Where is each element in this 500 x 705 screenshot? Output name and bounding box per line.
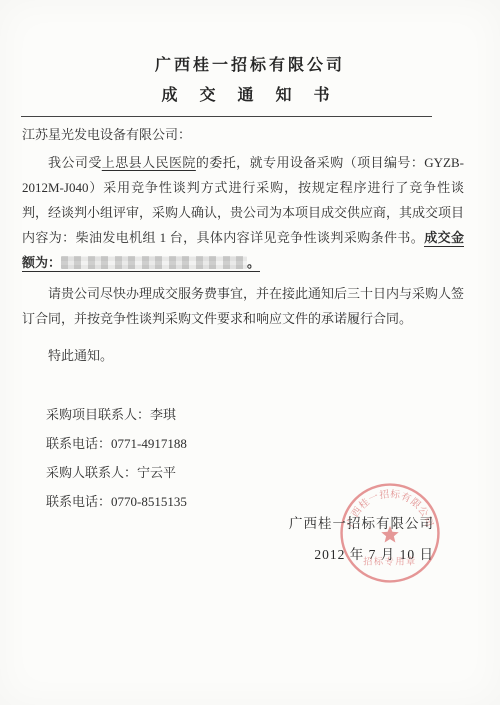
signature-block: 广西桂一招标有限公司 2012 年 7 月 10 日 bbox=[289, 512, 434, 563]
closing-line: 特此通知。 bbox=[22, 343, 464, 368]
body-paragraph-2: 请贵公司尽快办理成交服务费事宜，并在接此通知后三十日内与采购人签订合同，并按竞争… bbox=[22, 281, 464, 331]
buyer-name-underlined: 上思县人民医院 bbox=[102, 155, 196, 170]
contact-value: 李琪 bbox=[150, 407, 176, 422]
signature-company: 广西桂一招标有限公司 bbox=[289, 512, 434, 532]
contact-value: 0770-8515135 bbox=[111, 494, 187, 509]
document-page: 广西桂一招标有限公司 成 交 通 知 书 江苏星光发电设备有限公司： 我公司受上… bbox=[0, 0, 500, 705]
contact-row-project-phone: 联系电话：0771-4917188 bbox=[46, 429, 464, 458]
amount-suffix: 。 bbox=[247, 255, 260, 270]
contact-value: 宁云平 bbox=[137, 465, 176, 480]
signature-date: 2012 年 7 月 10 日 bbox=[289, 543, 434, 563]
contact-label: 联系电话： bbox=[46, 494, 111, 509]
contact-row-project-person: 采购项目联系人：李琪 bbox=[46, 400, 464, 429]
para1-lead-text: 我公司受 bbox=[48, 155, 102, 170]
contact-value: 0771-4917188 bbox=[111, 436, 187, 451]
header-divider bbox=[21, 116, 432, 117]
contact-label: 采购项目联系人： bbox=[46, 407, 150, 422]
redacted-amount bbox=[61, 256, 247, 269]
recipient-line: 江苏星光发电设备有限公司： bbox=[22, 126, 462, 143]
contact-label: 联系电话： bbox=[46, 436, 111, 451]
contact-label: 采购人联系人： bbox=[46, 465, 137, 480]
issuer-company-title: 广西桂一招标有限公司 bbox=[0, 52, 500, 75]
document-title: 成 交 通 知 书 bbox=[0, 82, 500, 105]
body-paragraph-1: 我公司受上思县人民医院的委托，就专用设备采购（项目编号：GYZB-2012M-J… bbox=[22, 150, 464, 275]
